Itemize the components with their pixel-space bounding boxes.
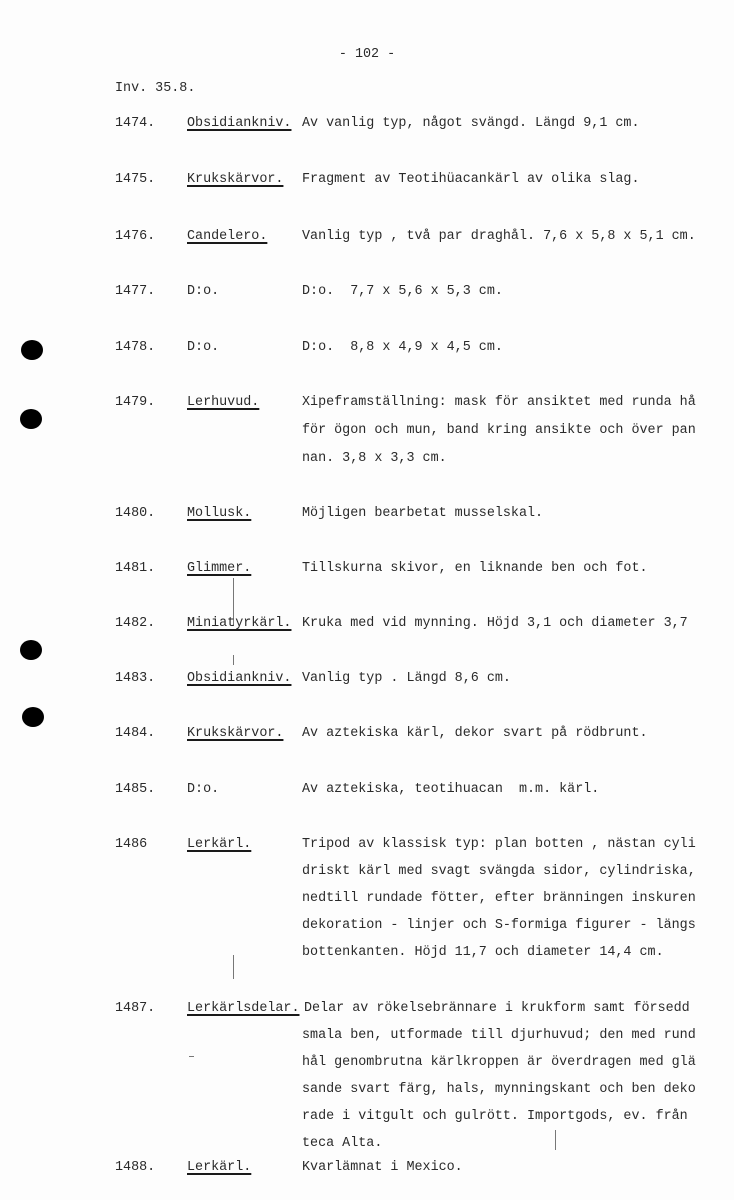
entry-description: Vanlig typ , två par draghål. 7,6 x 5,8 … — [302, 229, 696, 245]
punch-hole-icon — [21, 340, 43, 360]
entry-description: Möjligen bearbetat musselskal. — [302, 506, 543, 522]
entry-description: Fragment av Teotihüacankärl av olika sla… — [302, 172, 640, 188]
entry-description: Tillskurna skivor, en liknande ben och f… — [302, 561, 648, 577]
entry-description: bottenkanten. Höjd 11,7 och diameter 14,… — [302, 945, 664, 961]
entry-name: Lerkärl. — [187, 1160, 251, 1176]
entry-number: 1482. — [115, 616, 155, 632]
entry-name: D:o. — [187, 782, 219, 798]
entry-name: Krukskärvor. — [187, 172, 283, 188]
entry-name: Glimmer. — [187, 561, 251, 577]
entry-name: Lerkärl. — [187, 837, 251, 853]
punch-hole-icon — [20, 409, 42, 429]
entry-description: Av aztekiska kärl, dekor svart på rödbru… — [302, 726, 648, 742]
entry-name: D:o. — [187, 284, 219, 300]
entry-description: Tripod av klassisk typ: plan botten , nä… — [302, 837, 696, 853]
entry-name: D:o. — [187, 340, 219, 356]
entry-description: Delar av rökelsebrännare i krukform samt… — [304, 1001, 690, 1017]
entry-description: nan. 3,8 x 3,3 cm. — [302, 451, 447, 467]
entry-name: Lerhuvud. — [187, 395, 259, 411]
entry-description: Vanlig typ . Längd 8,6 cm. — [302, 671, 511, 687]
entry-description: Kvarlämnat i Mexico. — [302, 1160, 463, 1176]
page-number: - 102 - — [0, 47, 734, 63]
entry-number: 1480. — [115, 506, 155, 522]
entry-number: 1488. — [115, 1160, 155, 1176]
scan-mark — [555, 1130, 556, 1150]
scan-mark — [233, 655, 234, 665]
entry-name: Mollusk. — [187, 506, 251, 522]
entry-description: Av aztekiska, teotihuacan m.m. kärl. — [302, 782, 599, 798]
entry-description: dekoration - linjer och S-formiga figure… — [302, 918, 696, 934]
entry-name: Obsidiankniv. — [187, 671, 291, 687]
scan-mark — [233, 955, 234, 979]
entry-description: Kruka med vid mynning. Höjd 3,1 och diam… — [302, 616, 688, 632]
entry-description: driskt kärl med svagt svängda sidor, cyl… — [302, 864, 696, 880]
entry-number: 1477. — [115, 284, 155, 300]
entry-number: 1479. — [115, 395, 155, 411]
entry-number: 1481. — [115, 561, 155, 577]
entry-name: Lerkärlsdelar. — [187, 1001, 300, 1017]
entry-description: sande svart färg, hals, mynningskant och… — [302, 1082, 696, 1098]
entry-description: nedtill rundade fötter, efter bränningen… — [302, 891, 696, 907]
entry-number: 1478. — [115, 340, 155, 356]
entry-description: smala ben, utformade till djurhuvud; den… — [302, 1028, 696, 1044]
scan-mark — [189, 1056, 194, 1057]
entry-name: Miniatyrkärl. — [187, 616, 291, 632]
punch-hole-icon — [20, 640, 42, 660]
entry-number: 1484. — [115, 726, 155, 742]
entry-description: teca Alta. — [302, 1136, 382, 1152]
entry-description: hål genombrutna kärlkroppen är överdrage… — [302, 1055, 696, 1071]
entry-description: D:o. 7,7 x 5,6 x 5,3 cm. — [302, 284, 503, 300]
entry-number: 1474. — [115, 116, 155, 132]
punch-hole-icon — [22, 707, 44, 727]
entry-description: för ögon och mun, band kring ansikte och… — [302, 423, 696, 439]
entry-description: Xipeframställning: mask för ansiktet med… — [302, 395, 696, 411]
entry-name: Krukskärvor. — [187, 726, 283, 742]
entry-name: Candelero. — [187, 229, 267, 245]
document-page: - 102 - Inv. 35.8. 1474. Obsidiankniv. A… — [0, 0, 734, 1200]
entry-description: Av vanlig typ, något svängd. Längd 9,1 c… — [302, 116, 640, 132]
entry-number: 1475. — [115, 172, 155, 188]
entry-number: 1486 — [115, 837, 147, 853]
entry-description: rade i vitgult och gulrött. Importgods, … — [302, 1109, 688, 1125]
entry-number: 1483. — [115, 671, 155, 687]
entry-number: 1485. — [115, 782, 155, 798]
entry-name: Obsidiankniv. — [187, 116, 291, 132]
entry-number: 1476. — [115, 229, 155, 245]
entry-description: D:o. 8,8 x 4,9 x 4,5 cm. — [302, 340, 503, 356]
entry-number: 1487. — [115, 1001, 155, 1017]
inventory-number: Inv. 35.8. — [115, 81, 195, 97]
